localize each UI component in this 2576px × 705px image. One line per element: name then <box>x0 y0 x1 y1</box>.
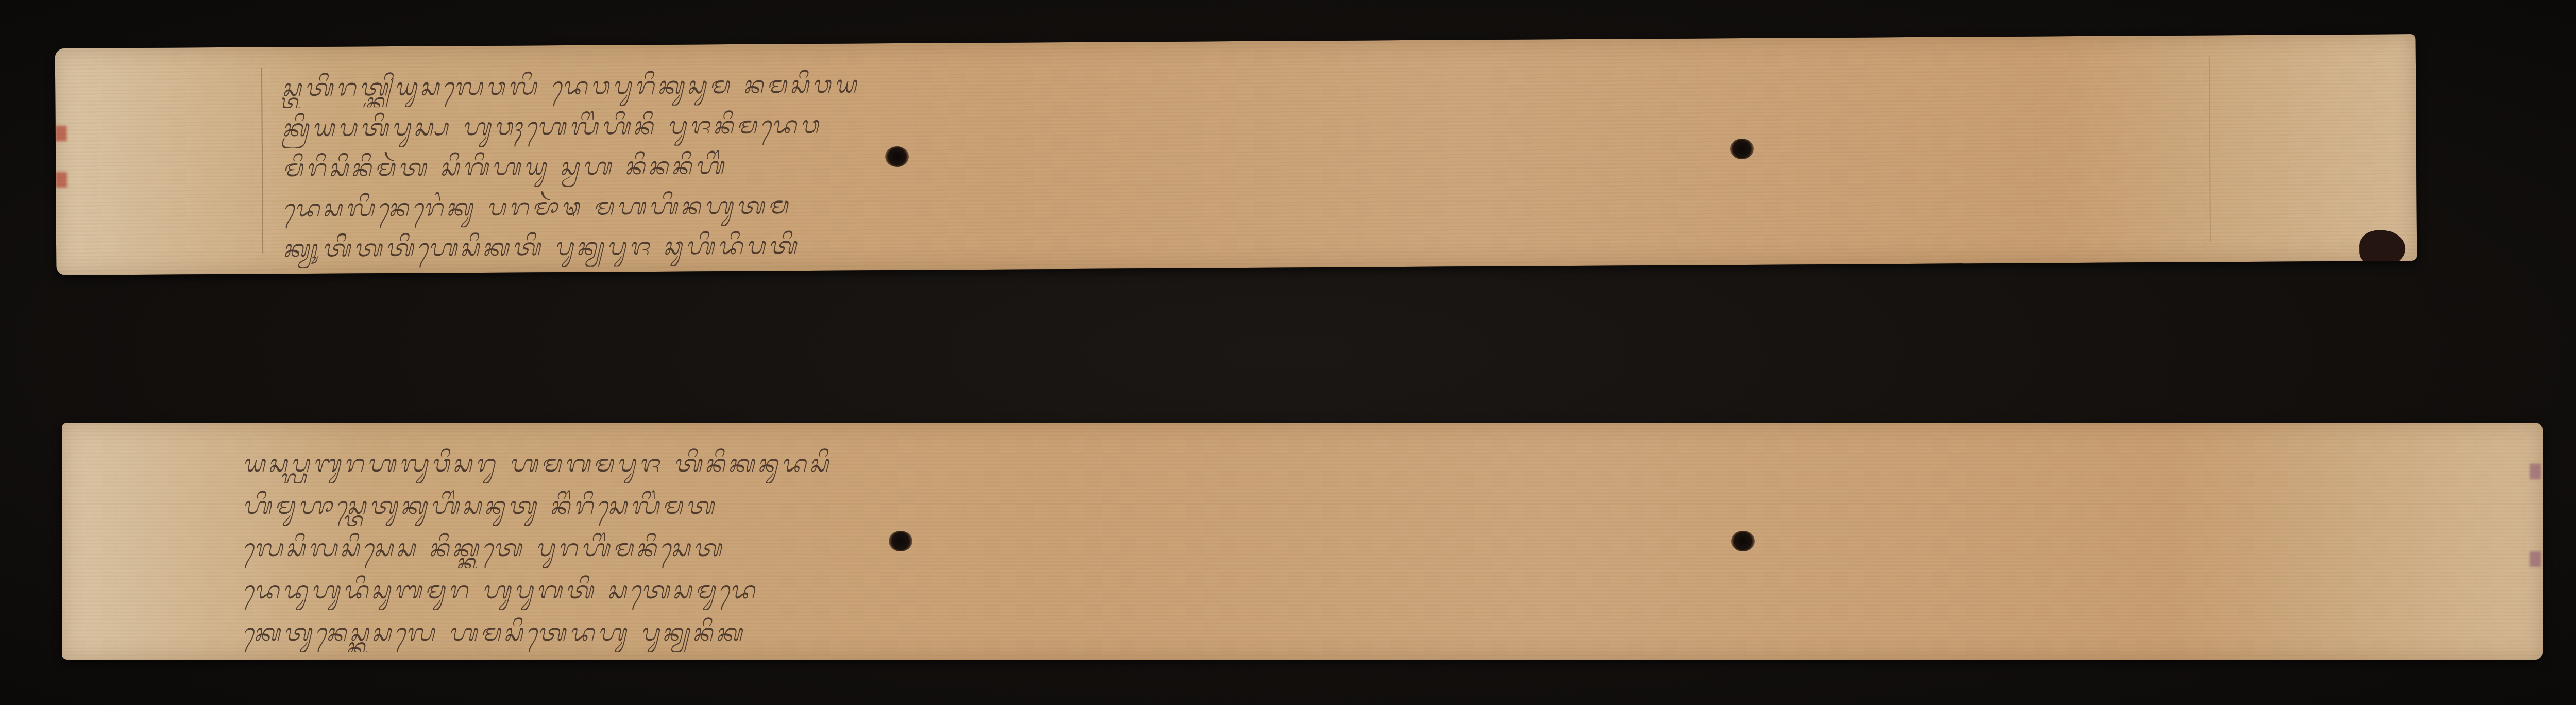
leaf-text-line: ᬳᬶᬫᬸᬳᬵᬲ᭄ᬢᬾᬢᬸᬓᬸᬳᬶᬂᬲᬦᬸᬢᬸ ᬦᬶᬂᬭᬶᬲᬾᬮᬶᬂᬫᬢ <box>242 485 2458 526</box>
right-margin-rule <box>2209 56 2211 241</box>
leaf-text-line: ᬤᬾᬤᬸᬳᬸᬤᬶᬲᬸᬩᬫᬸᬭ ᬳᬸᬧᬸᬕᬢᬶ ᬲᬢᬾᬲᬫᬸᬤᬾ <box>242 570 2458 610</box>
ink-stain <box>2359 230 2405 266</box>
string-hole <box>1731 531 1755 551</box>
leaf-text-line: ᬬᬲᬧ᭄ᬮᬸᬩᬸᬭᬳᬮᬸᬯᬶᬲᬭᬸ ᬳᬫᬕᬫᬧᬸᬚ ᬢᬶᬦᬶᬓᬦᬸᬤᬲᬶ <box>242 443 2458 483</box>
palm-leaf-bottom: ᬬᬲᬧ᭄ᬮᬸᬩᬸᬭᬳᬮᬸᬯᬶᬲᬭᬸ ᬳᬫᬕᬫᬧᬸᬚ ᬢᬶᬦᬶᬓᬦᬸᬤᬲᬶ ᬳᬶᬫ… <box>62 423 2543 660</box>
string-hole <box>1730 139 1754 159</box>
string-hole <box>889 531 912 551</box>
leaf-text-line: ᬮᬾᬲᬶᬮᬲᬶᬲᬾᬲ ᬦᬶᬓ᭄ᬓᬸᬢᬾ ᬧᬸᬭᬳᬶᬂᬫᬦᬶᬲᬾᬢ <box>242 528 2458 568</box>
red-edge-mark <box>56 172 67 188</box>
red-edge-mark <box>56 126 67 141</box>
leaf-text-line: ᬓᬾᬢᬸᬦᬾᬲ᭄ᬓᬸᬲᬮᬾ ᬳᬫᬲᬶᬢᬾᬤᬳᬸ ᬧᬸᬦ᭄ᬬᬦᬶᬓ <box>242 612 2458 652</box>
purple-edge-mark <box>2530 464 2541 479</box>
left-margin-rule <box>261 68 263 254</box>
string-hole <box>885 146 909 167</box>
palm-leaf-top: ᬲ᭄ᬢᬸᬢᬶᬭᬢ᭄ᬓ᭄ᬭᬶᬬᬸᬲᬮᬾᬯᬮᬶ ᬤᬾᬯᬧᬸᬭᬶᬓᬸᬲᬸᬫ ᬦᬫᬲᬶᬯ… <box>55 34 2417 275</box>
purple-edge-mark <box>2530 551 2541 567</box>
